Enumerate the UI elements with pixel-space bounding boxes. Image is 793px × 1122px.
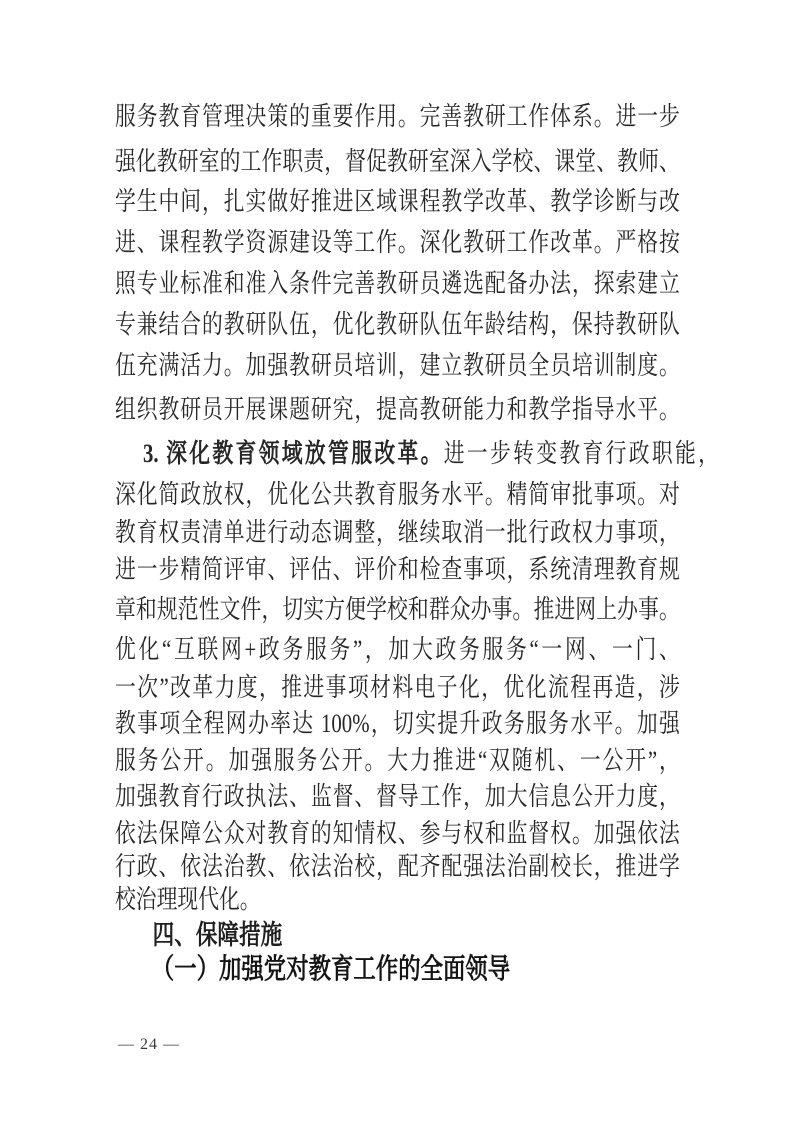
body-line-12: 进一步精简评审、评估、评价和检查事项，系统清理教育规 [115,554,680,586]
subsection-1-heading: （一）加强党对教育工作的全面领导 [115,954,717,986]
body-line-7: 伍充满活力。加强教研员培训，建立教研员全员培训制度。 [115,350,680,382]
body-line-1: 服务教育管理决策的重要作用。完善教研工作体系。进一步 [115,101,680,133]
section-4-heading: 四、保障措施 [115,919,717,951]
document-page: 服务教育管理决策的重要作用。完善教研工作体系。进一步 强化教研室的工作职责，督促… [0,0,793,1122]
body-line-5: 照专业标准和准入条件完善教研员遴选配备办法，探索建立 [115,268,680,300]
body-line-17: 服务公开。加强服务公开。大力推进“双随机、一公开”， [115,745,680,777]
body-line-16: 教事项全程网办率达 100%，切实提升政务服务水平。加强 [115,708,680,740]
body-line-20: 行政、依法治教、依法治校，配齐配强法治副校长，推进学 [115,851,680,883]
body-line-10: 深化简政放权，优化公共教育服务水平。精简审批事项。对 [115,479,680,511]
body-line-9: 3. 深化教育领域放管服改革。进一步转变教育行政职能， [115,438,719,470]
body-line-11: 教育权责清单进行动态调整，继续取消一批行政权力事项， [115,517,680,549]
body-line-14: 优化“互联网+政务服务”，加大政务服务“一网、一门、 [115,634,680,666]
body-line-6: 专兼结合的教研队伍，优化教研队伍年龄结构，保持教研队 [115,309,680,341]
item-3-heading: 3. 深化教育领域放管服改革。 [143,439,444,468]
body-line-8: 组织教研员开展课题研究，提高教研能力和教学指导水平。 [115,394,680,426]
body-line-13: 章和规范性文件，切实方便学校和群众办事。推进网上办事。 [115,594,680,626]
body-line-2: 强化教研室的工作职责，督促教研室深入学校、课堂、教师、 [115,146,680,178]
body-line-18: 加强教育行政执法、监督、督导工作，加大信息公开力度， [115,781,680,813]
body-line-4: 进、课程教学资源建设等工作。深化教研工作改革。严格按 [115,227,680,259]
body-line-3: 学生中间，扎实做好推进区域课程教学改革、教学诊断与改 [115,186,680,218]
page-number: — 24 — [118,1036,180,1054]
body-line-21: 校治理现代化。 [115,884,680,916]
item-3-text: 进一步转变教育行政职能， [444,439,719,468]
body-line-15: 一次”改革力度，推进事项材料电子化，优化流程再造，涉 [115,672,680,704]
body-line-19: 依法保障公众对教育的知情权、参与权和监督权。加强依法 [115,818,680,850]
